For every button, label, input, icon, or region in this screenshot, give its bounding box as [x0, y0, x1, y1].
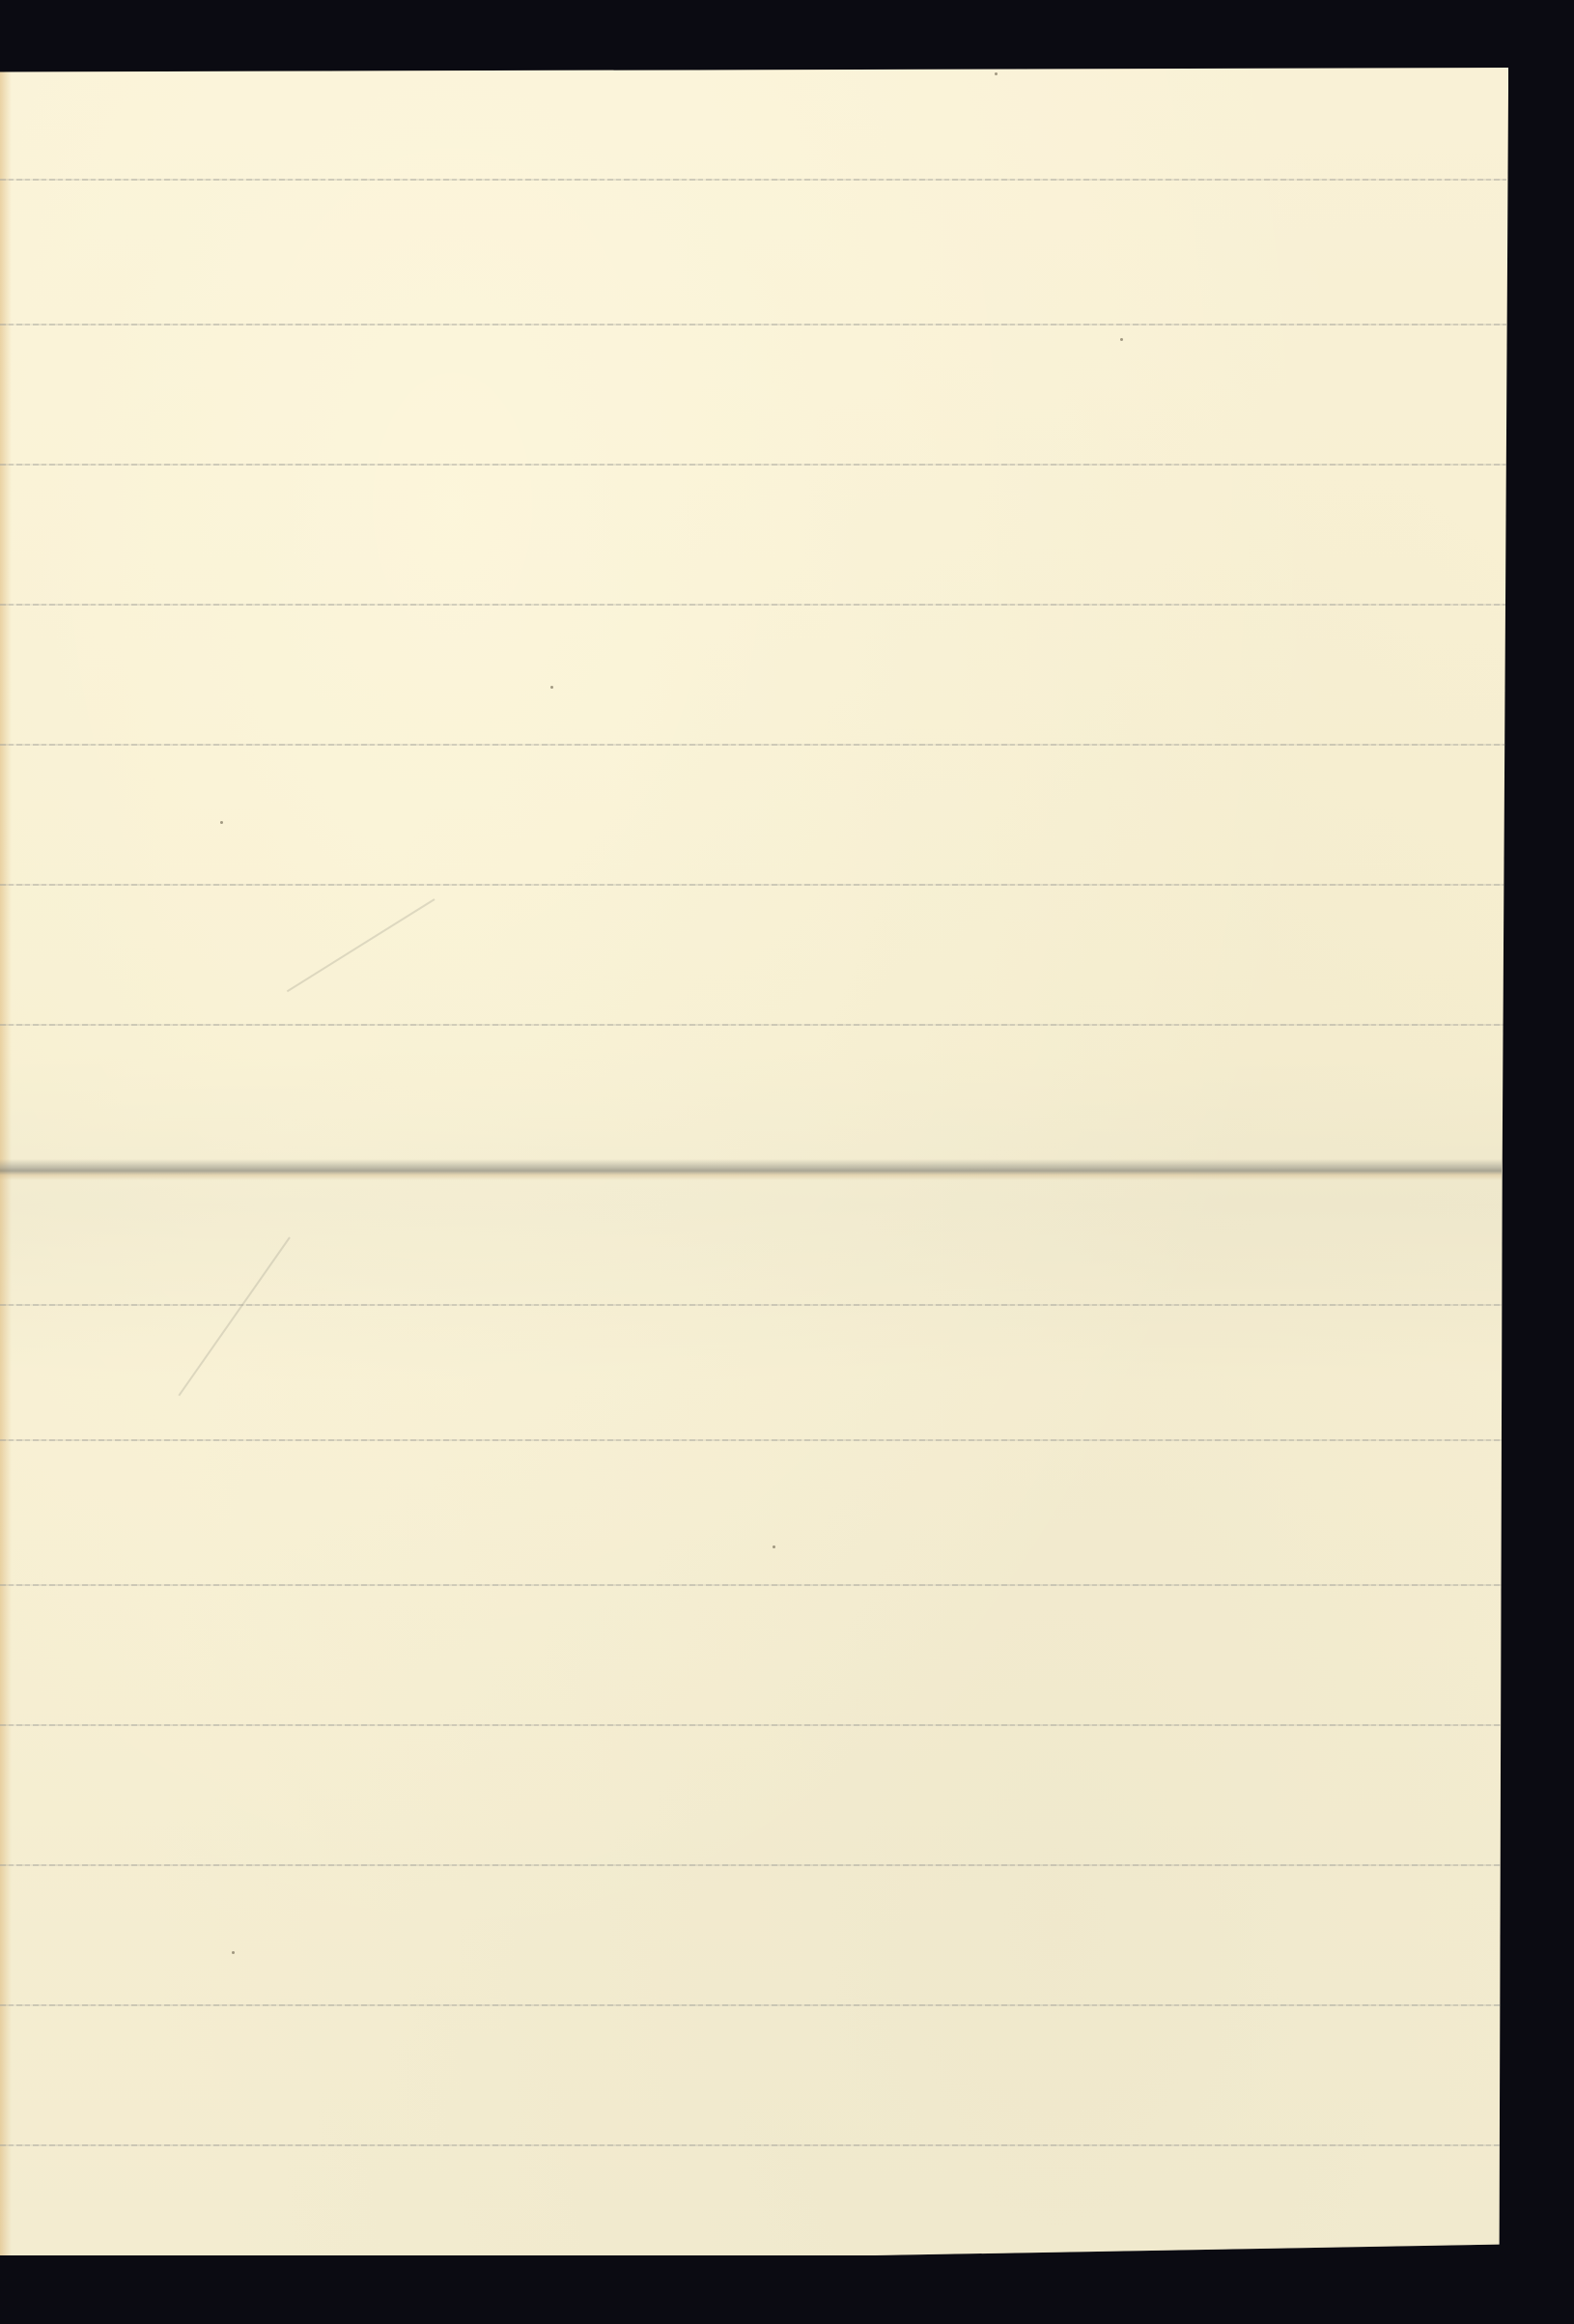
scan-background: [0, 0, 1574, 2324]
rule-line: [0, 464, 1506, 466]
rule-line: [0, 744, 1506, 746]
rule-line: [0, 1864, 1502, 1866]
rule-line: [0, 1584, 1502, 1586]
rule-line: [0, 2004, 1502, 2006]
rule-line: [0, 1024, 1504, 1026]
paper-speck: [995, 72, 998, 75]
horizontal-fold: [0, 1159, 1502, 1180]
rule-line: [0, 324, 1506, 326]
paper-speck: [220, 821, 223, 824]
paper-speck: [550, 686, 553, 689]
diagonal-crease: [178, 1236, 290, 1396]
paper-sheet: [0, 68, 1508, 2255]
rule-line: [0, 1439, 1502, 1441]
paper-speck: [232, 1951, 235, 1954]
rule-line: [0, 179, 1506, 181]
paper-speck: [1120, 338, 1123, 341]
paper-speck: [773, 1545, 775, 1548]
rule-line: [0, 1304, 1502, 1306]
rule-line: [0, 884, 1506, 886]
rule-line: [0, 2144, 1502, 2146]
rule-line: [0, 604, 1506, 606]
rule-line: [0, 1724, 1502, 1726]
diagonal-crease: [287, 898, 436, 992]
